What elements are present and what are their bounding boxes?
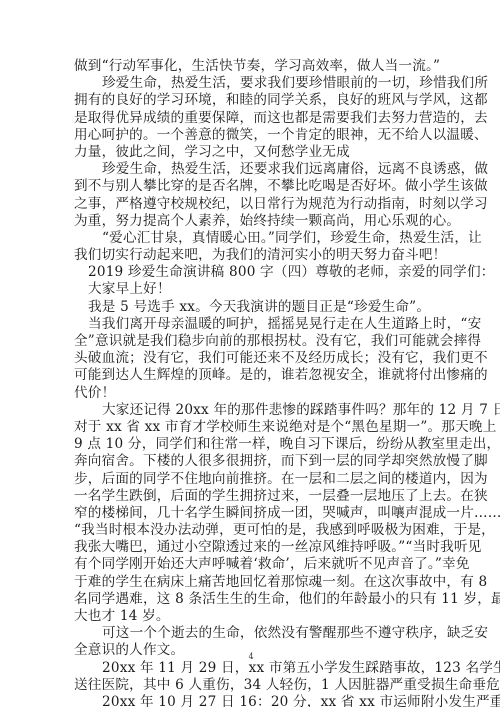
text-line: 珍爱生命，热爱生活，要求我们要珍惜眼前的一切，珍惜我们所 xyxy=(74,75,430,92)
text-line: 用心呵护的。一个善意的微笑，一个肯定的眼神，无不给人以温暖、 xyxy=(74,127,430,144)
text-line: 我是 5 号选手 xx。今天我演讲的题目正是“珍爱生命”。 xyxy=(74,299,430,316)
text-line: 名同学遇难，这 8 条活生生的生命，他们的年龄最小的只有 11 岁，最 xyxy=(74,591,430,608)
document-page: 做到“行动军事化，生活快节奏，学习高效率，做人当一流。”珍爱生命，热爱生活，要求… xyxy=(0,0,500,707)
text-line: “爱心汇甘泉，真情暖心田。”同学们，珍爱生命，热爱生活，让 xyxy=(74,230,430,247)
text-line: 做到“行动军事化，生活快节奏，学习高效率，做人当一流。” xyxy=(74,58,430,75)
text-line: 为重，努力提高个人素养，始终持续一颗高尚，用心乐观的心。 xyxy=(74,213,430,230)
text-line: 全”意识就是我们稳步向前的那根拐杖。没有它，我们可能就会摔得 xyxy=(74,333,430,350)
text-line: 之事，严格遵守校规校纪，以日常行为规范为行动指南，时刻以学习 xyxy=(74,196,430,213)
text-line: 可这一个个逝去的生命，依然没有警醒那些不遵守秩序，缺乏安 xyxy=(74,625,430,642)
text-line: 有个同学刚开始还大声呼喊着‘救命’，后来就听不见声音了。”幸免 xyxy=(74,556,430,573)
text-line: 于难的学生在病床上痛苦地回忆着那惊魂一刻。在这次事故中，有 8 xyxy=(74,574,430,591)
text-line: 代价！ xyxy=(74,385,430,402)
text-line: 大家早上好！ xyxy=(74,281,430,298)
text-line: 送往医院，其中 6 人重伤，34 人轻伤，1 人因脏器严重受损生命垂危。 xyxy=(74,677,430,694)
text-line: 窄的楼梯间，几十名学生瞬间挤成一团，哭喊声，叫嚷声混成一片…… xyxy=(74,505,430,522)
text-line: 我张大嘴巴，通过小空隙透过来的一丝凉风维持呼吸。”“当时我听见 xyxy=(74,539,430,556)
text-line: 拥有的良好的学习环境，和睦的同学关系，良好的班风与学风，这都 xyxy=(74,92,430,109)
text-line: 一名学生跌倒，后面的学生拥挤过来，一层叠一层地压了上去。在狭 xyxy=(74,488,430,505)
text-line: 2019 珍爱生命演讲稿 800 字（四）尊敬的老师，亲爱的同学们： xyxy=(74,264,430,281)
text-line: 我们切实行动起来吧，为我们的清河实小的明天努力奋斗吧！ xyxy=(74,247,430,264)
text-line: 20xx 年 10 月 27 日 16：20 分，xx 省 xx 市运师附小发生… xyxy=(74,694,430,707)
text-line: 对于 xx 省 xx 市育才学校师生来说绝对是个“黑色星期一”。那天晚上 xyxy=(74,419,430,436)
text-line: “我当时根本没办法动弹，更可怕的是，我感到呼吸极为困难，于是， xyxy=(74,522,430,539)
text-line: 头破血流；没有它，我们可能还来不及经历成长；没有它，我们更不 xyxy=(74,350,430,367)
body-text: 做到“行动军事化，生活快节奏，学习高效率，做人当一流。”珍爱生命，热爱生活，要求… xyxy=(74,58,430,707)
text-line: 大也才 14 岁。 xyxy=(74,608,430,625)
text-line: 当我们离开母亲温暖的呵护，摇摇晃晃行走在人生道路上时，“安 xyxy=(74,316,430,333)
text-line: 可能到达人生辉煌的顶峰。是的，谁若忽视安全，谁就将付出惨痛的 xyxy=(74,367,430,384)
text-line: 9 点 10 分，同学们和往常一样，晚自习下课后，纷纷从教室里走出， xyxy=(74,436,430,453)
text-line: 力量，彼此之间，学习之中，又何愁学业无成 xyxy=(74,144,430,161)
text-line: 珍爱生命，热爱生活，还要求我们远离庸俗，远离不良诱惑，做 xyxy=(74,161,430,178)
text-line: 大家还记得 20xx 年的那件悲惨的踩踏事件吗？那年的 12 月 7 日， xyxy=(74,402,430,419)
text-line: 是取得优异成绩的重要保障，而这也都是需要我们去努力营造的，去 xyxy=(74,110,430,127)
text-line: 奔向宿舍。下楼的人很多很拥挤，而下到一层的同学却突然放慢了脚 xyxy=(74,453,430,470)
text-line: 步，后面的同学不住地向前推挤。在一层和二层之间的楼道内，因为 xyxy=(74,471,430,488)
text-line: 20xx 年 11 月 29 日，xx 市第五小学发生踩踏事故，123 名学生被 xyxy=(74,660,430,677)
page-number: 4 xyxy=(246,652,256,661)
text-line: 到不与别人攀比穿的是否名牌，不攀比吃喝是否好坏。做小学生该做 xyxy=(74,178,430,195)
